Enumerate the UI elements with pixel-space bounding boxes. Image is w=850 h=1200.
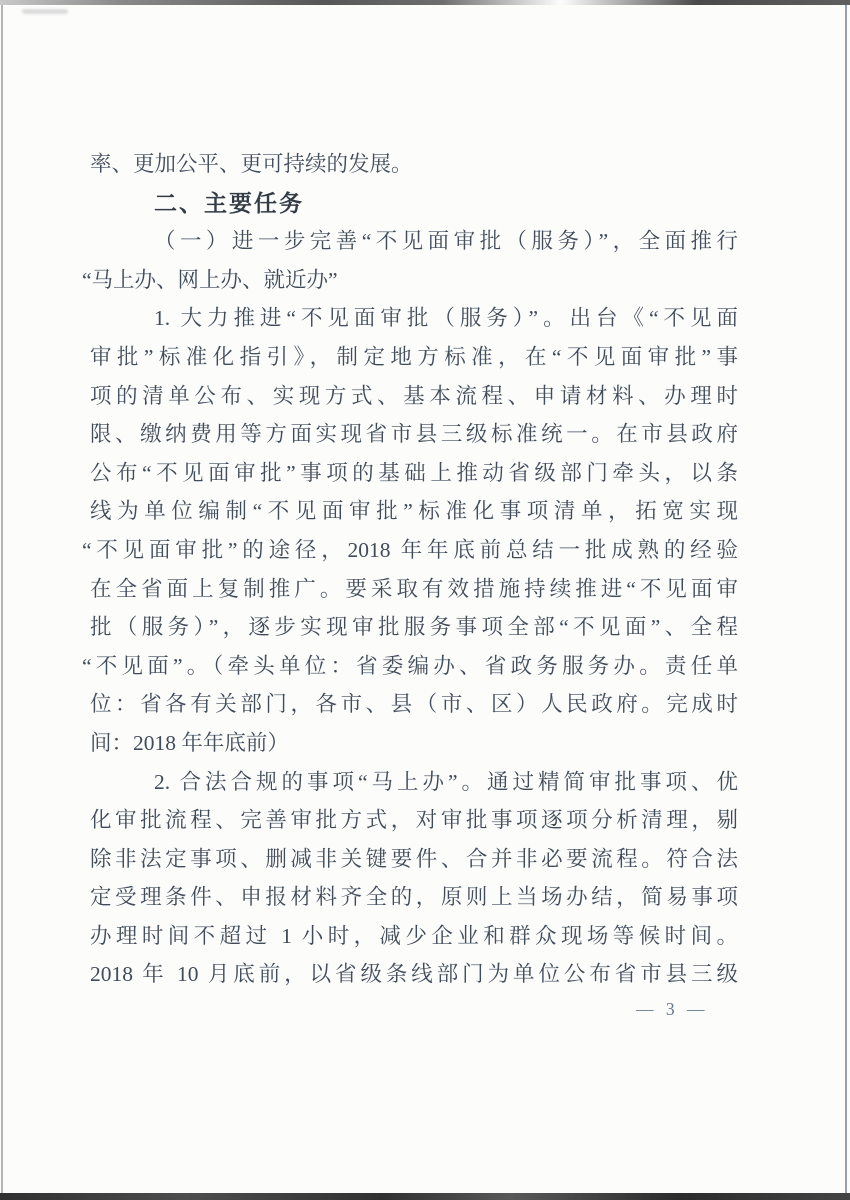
text-line: 间：2018 年年底前）: [90, 724, 738, 763]
text-line: 项的清单公布、实现方式、基本流程、申请材料、办理时: [90, 377, 738, 416]
text-line: 1. 大力推进“不见面审批（服务）”。出台《“不见面: [90, 299, 738, 338]
text-line: 除非法定事项、删减非关键要件、合并非必要流程。符合法: [90, 840, 738, 879]
text-line: 批（服务）”，逐步实现审批服务事项全部“不见面”、全程: [90, 608, 738, 647]
document-lines: 率、更加公平、更可持续的发展。二、主要任务（一）进一步完善“不见面审批（服务）”…: [90, 145, 738, 994]
text-line: 位：省各有关部门，各市、县（市、区）人民政府。完成时: [90, 685, 738, 724]
scan-edge-top: [0, 0, 850, 5]
text-line: 审批”标准化指引》，制定地方标准，在“不见面审批”事: [90, 338, 738, 377]
scan-edge-bottom: [0, 1193, 850, 1200]
section-heading: 二、主要任务: [90, 184, 738, 223]
text-line: 限、缴纳费用等方面实现省市县三级标准统一。在市县政府: [90, 415, 738, 454]
text-line: “不见面审批”的途径，2018 年年底前总结一批成熟的经验: [82, 531, 738, 570]
scan-smudge: [22, 9, 68, 14]
text-line: 公布“不见面审批”事项的基础上推动省级部门牵头，以条: [90, 454, 738, 493]
text-line: “马上办、网上办、就近办”: [82, 261, 738, 300]
page-number: — 3 —: [636, 999, 709, 1020]
scan-edge-right: [845, 5, 847, 1193]
text-line: “不见面”。（牵头单位：省委编办、省政务服务办。责任单: [82, 647, 738, 686]
text-line: （一）进一步完善“不见面审批（服务）”，全面推行: [90, 222, 738, 261]
text-line: 2. 合法合规的事项“马上办”。通过精简审批事项、优: [90, 763, 738, 802]
text-line: 2018 年 10 月底前，以省级条线部门为单位公布省市县三级: [90, 955, 738, 994]
text-line: 定受理条件、申报材料齐全的，原则上当场办结，简易事项: [90, 878, 738, 917]
text-line: 在全省面上复制推广。要采取有效措施持续推进“不见面审: [90, 570, 738, 609]
text-line: 线为单位编制“不见面审批”标准化事项清单，拓宽实现: [90, 492, 738, 531]
text-line: 办理时间不超过 1 小时，减少企业和群众现场等候时间。: [90, 917, 738, 956]
text-line: 化审批流程、完善审批方式，对审批事项逐项分析清理，剔: [90, 801, 738, 840]
scanned-document-page: 率、更加公平、更可持续的发展。二、主要任务（一）进一步完善“不见面审批（服务）”…: [0, 0, 850, 1200]
text-line: 率、更加公平、更可持续的发展。: [90, 145, 738, 184]
scan-edge-left: [1, 5, 3, 1193]
